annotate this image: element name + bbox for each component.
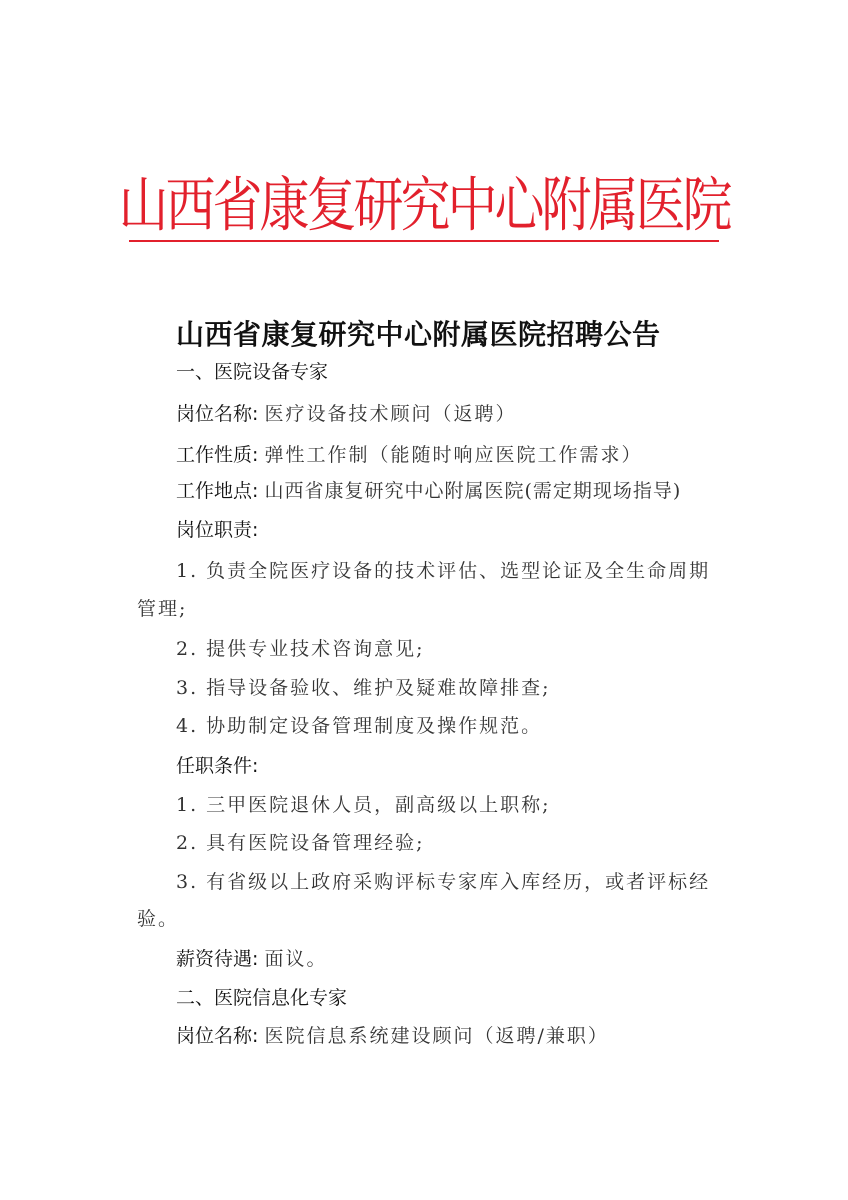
salary-value: 面议。: [264, 948, 327, 970]
position-label: 岗位名称:: [176, 1025, 258, 1047]
duty-item: 2. 提供专业技术咨询意见;: [176, 634, 425, 661]
position-value: 医院信息系统建设顾问（返聘/兼职）: [264, 1025, 608, 1047]
requirements-label: 任职条件:: [176, 751, 258, 778]
duty-item: 1. 负责全院医疗设备的技术评估、选型论证及全生命周期: [176, 556, 710, 583]
section1-position: 岗位名称: 医疗设备技术顾问（返聘）: [176, 399, 516, 426]
position-value: 医疗设备技术顾问（返聘）: [264, 403, 516, 425]
page-title: 山西省康复研究中心附属医院招聘公告: [176, 313, 661, 353]
duty-item-continued: 管理;: [137, 594, 187, 621]
position-label: 岗位名称:: [176, 403, 258, 425]
hospital-letterhead: 山西省康复研究中心附属医院: [0, 158, 848, 243]
section2-heading: 二、医院信息化专家: [176, 983, 347, 1010]
requirement-item-continued: 验。: [137, 904, 179, 931]
salary: 薪资待遇: 面议。: [176, 944, 327, 971]
location-label: 工作地点:: [176, 480, 258, 502]
salary-label: 薪资待遇:: [176, 948, 258, 970]
requirement-item: 1. 三甲医院退休人员，副高级以上职称;: [176, 790, 551, 817]
location-value: 山西省康复研究中心附属医院(需定期现场指导): [264, 480, 681, 502]
section1-nature: 工作性质: 弹性工作制（能随时响应医院工作需求）: [176, 440, 642, 467]
section1-location: 工作地点: 山西省康复研究中心附属医院(需定期现场指导): [176, 476, 681, 503]
section2-position: 岗位名称: 医院信息系统建设顾问（返聘/兼职）: [176, 1021, 609, 1048]
nature-value: 弹性工作制（能随时响应医院工作需求）: [264, 444, 642, 466]
letterhead-divider: [129, 240, 719, 242]
requirement-item: 3. 有省级以上政府采购评标专家库入库经历，或者评标经: [176, 867, 710, 894]
nature-label: 工作性质:: [176, 444, 258, 466]
duties-label: 岗位职责:: [176, 515, 258, 542]
section1-heading: 一、医院设备专家: [176, 357, 328, 384]
duty-item: 4. 协助制定设备管理制度及操作规范。: [176, 711, 542, 738]
requirement-item: 2. 具有医院设备管理经验;: [176, 828, 425, 855]
duty-item: 3. 指导设备验收、维护及疑难故障排查;: [176, 673, 551, 700]
